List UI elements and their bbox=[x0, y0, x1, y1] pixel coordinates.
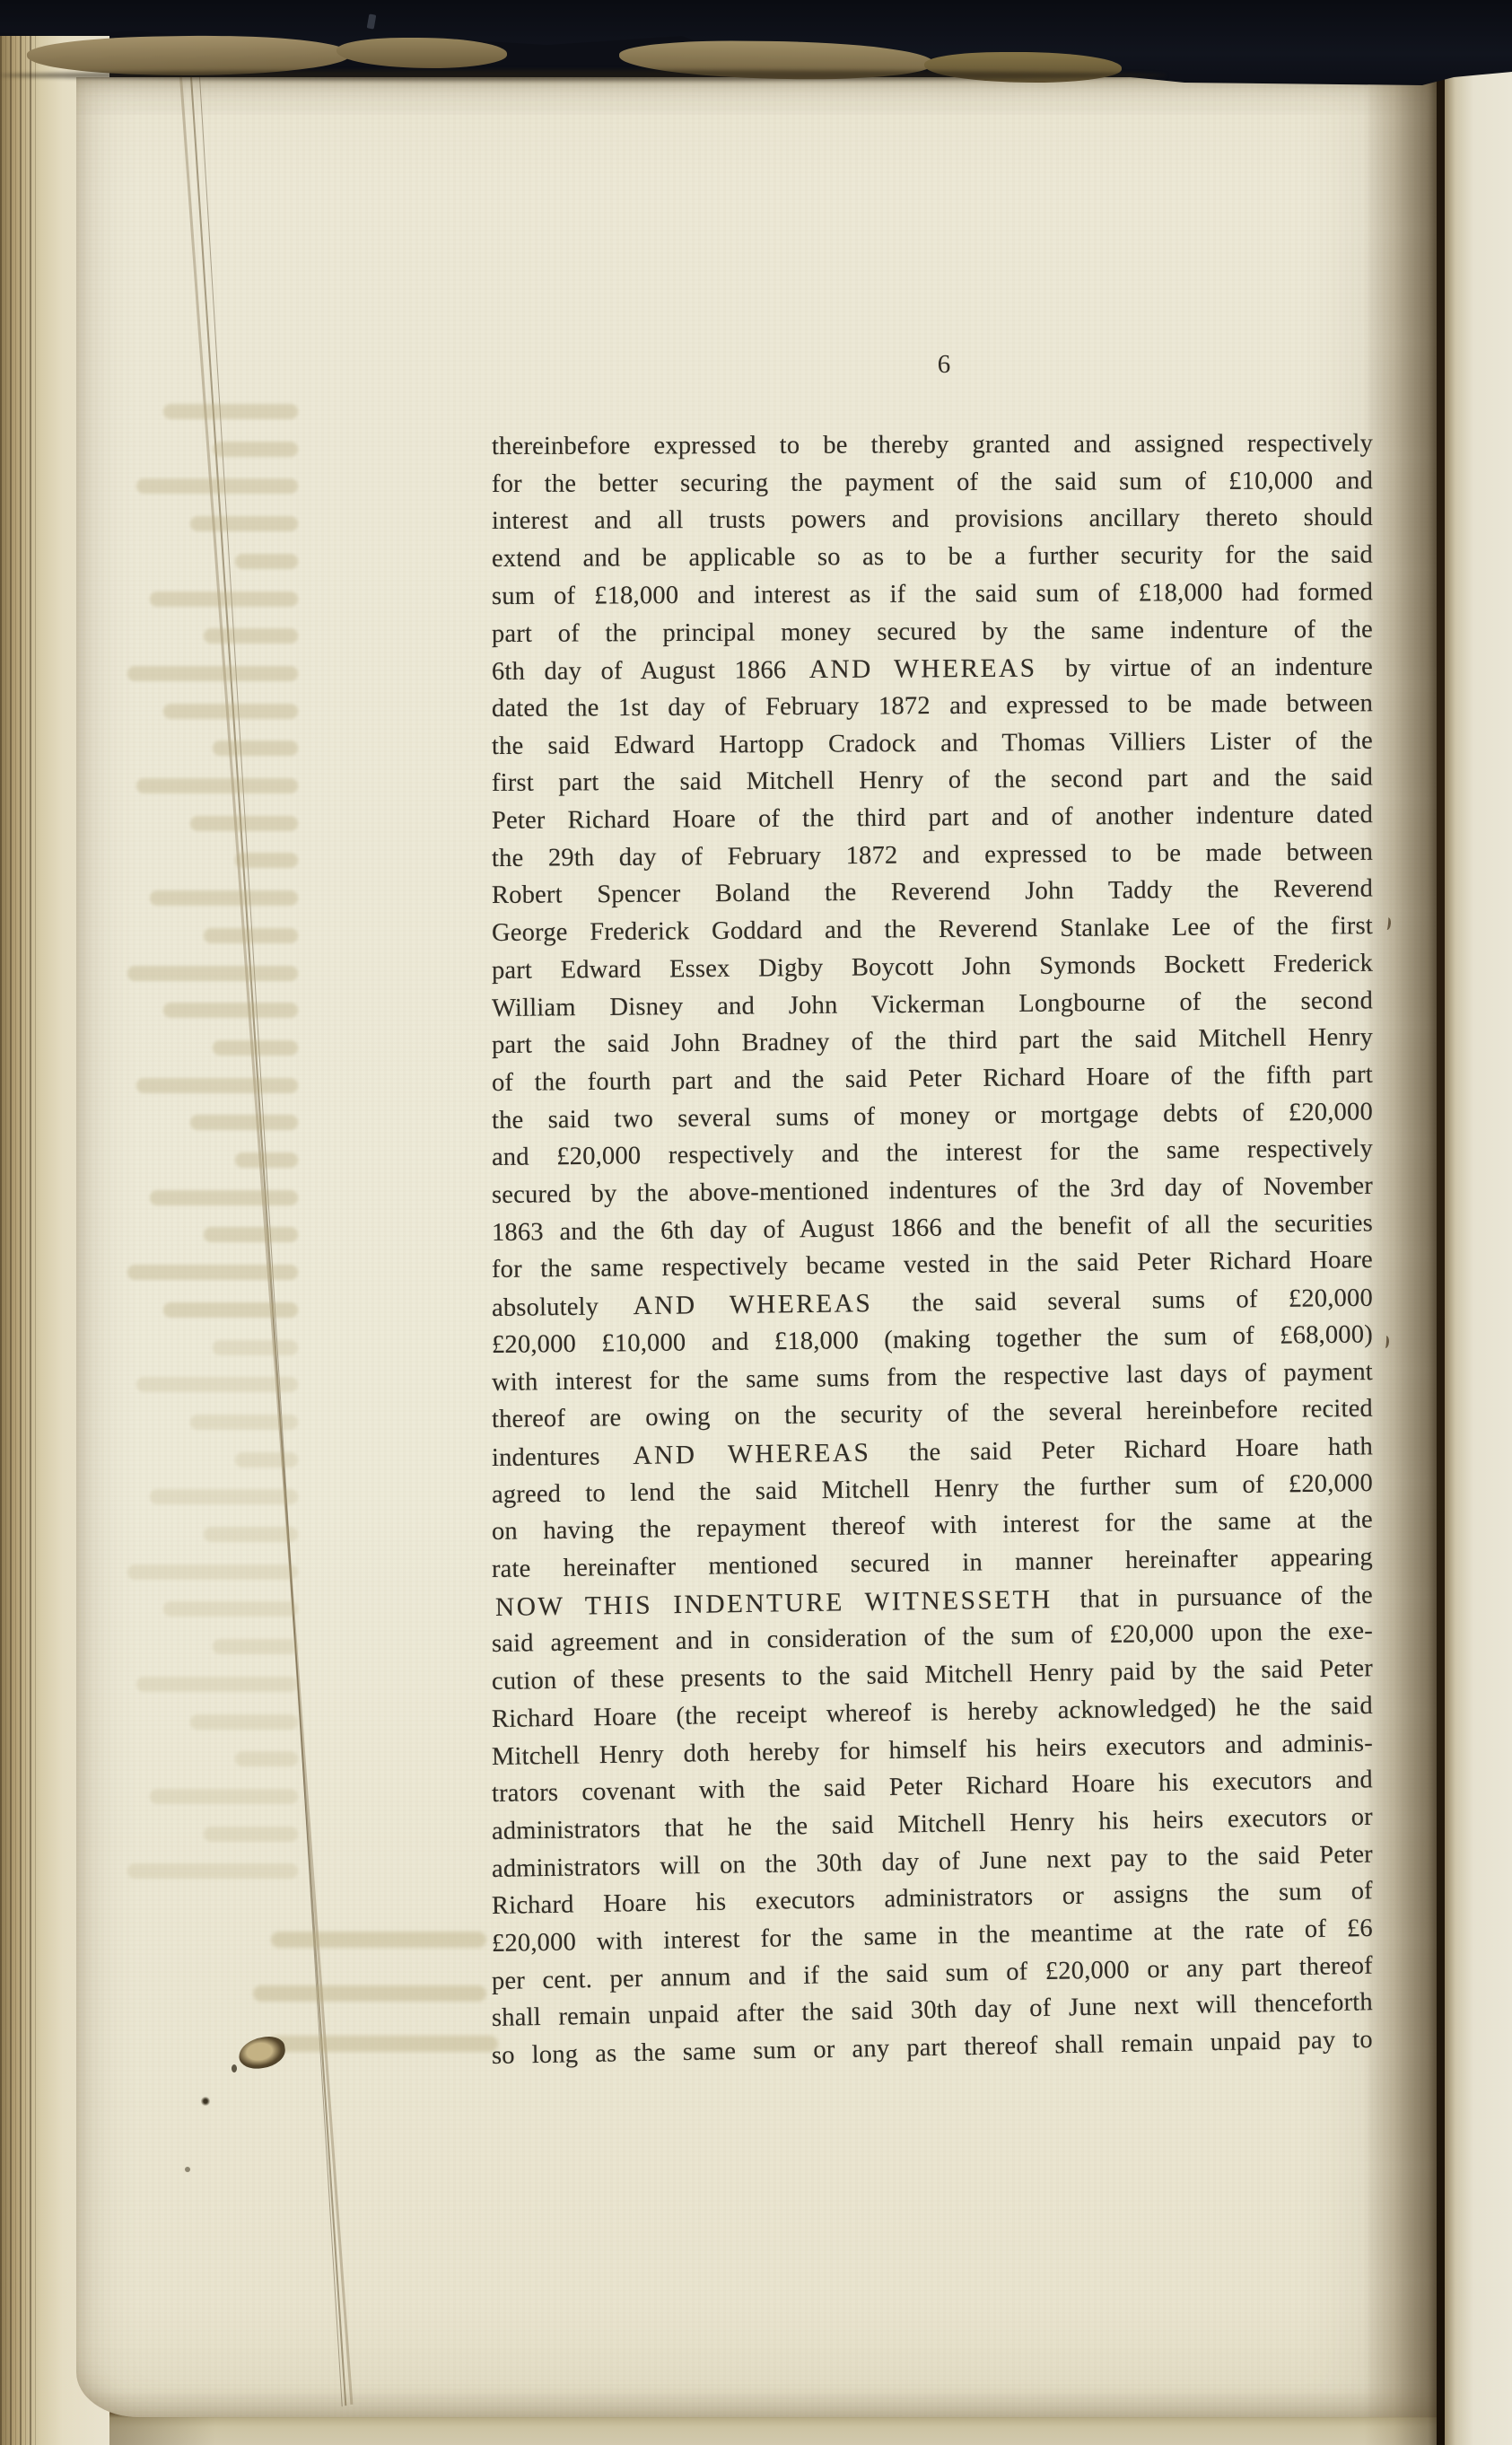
text-line: 6th day of August 1866 AND WHEREAS by vi… bbox=[492, 649, 1373, 689]
text-line: thereinbefore expressed to be thereby gr… bbox=[492, 426, 1373, 465]
text-line: first part the said Mitchell Henry of th… bbox=[492, 760, 1373, 802]
ghost-line bbox=[127, 1564, 298, 1580]
text-line: part the said John Bradney of the third … bbox=[492, 1020, 1373, 1064]
ghost-line bbox=[127, 666, 298, 681]
ghost-line bbox=[235, 554, 298, 569]
ghost-line bbox=[163, 1003, 298, 1018]
ghost-line bbox=[213, 442, 298, 457]
ghost-line bbox=[204, 628, 298, 644]
ghost-line bbox=[136, 1677, 298, 1692]
text-line: of the fourth part and the said Peter Ri… bbox=[492, 1057, 1373, 1101]
ghost-line bbox=[150, 1190, 298, 1205]
text-line: part Edward Essex Digby Boycott John Sym… bbox=[492, 946, 1373, 989]
book-photo: 6 thereinbefore expressed to be thereby … bbox=[0, 0, 1512, 2445]
ghost-line bbox=[127, 1265, 298, 1280]
text-line: the 29th day of February 1872 and expres… bbox=[492, 834, 1373, 876]
ghost-line bbox=[235, 853, 298, 868]
ghost-line bbox=[204, 1227, 298, 1242]
ghost-line bbox=[136, 478, 298, 494]
ink-speck bbox=[185, 2167, 190, 2172]
text-line: Peter Richard Hoare of the third part an… bbox=[492, 797, 1373, 839]
text-line: dated the 1st day of February 1872 and e… bbox=[492, 686, 1373, 727]
ghost-line bbox=[235, 1152, 298, 1168]
ghost-line bbox=[150, 890, 298, 906]
ghost-line bbox=[163, 1601, 298, 1617]
ghost-line bbox=[235, 1452, 298, 1468]
text-line: for the better securing the payment of t… bbox=[492, 463, 1373, 503]
text-line: Robert Spencer Boland the Reverend John … bbox=[492, 872, 1373, 915]
ghost-line bbox=[163, 404, 298, 419]
left-stack-striations bbox=[0, 36, 39, 2445]
text-line: part of the principal money secured by t… bbox=[492, 611, 1373, 652]
ghost-line bbox=[269, 2036, 498, 2052]
text-line: sum of £18,000 and interest as if the sa… bbox=[492, 574, 1373, 615]
text-line: extend and be applicable so as to be a f… bbox=[492, 538, 1373, 577]
ghost-line bbox=[235, 1751, 298, 1766]
ghost-line bbox=[190, 816, 298, 831]
ghost-line bbox=[190, 516, 298, 531]
ghost-line bbox=[136, 1377, 298, 1392]
worn-edge-blob bbox=[336, 38, 507, 68]
facing-page-edge bbox=[1443, 0, 1512, 2445]
ghost-line bbox=[127, 966, 298, 981]
gutter-shadow bbox=[1364, 72, 1439, 2445]
ghost-line bbox=[136, 778, 298, 793]
ghost-line bbox=[253, 1985, 486, 2002]
text-line: the said Edward Hartopp Cradock and Thom… bbox=[492, 723, 1373, 764]
ghost-line bbox=[213, 1340, 298, 1355]
text-line: George Frederick Goddard and the Reveren… bbox=[492, 908, 1373, 951]
ghost-line bbox=[190, 1115, 298, 1130]
ink-speck bbox=[201, 2097, 210, 2106]
ghost-line bbox=[150, 1489, 298, 1504]
text-block: thereinbefore expressed to be thereby gr… bbox=[492, 0, 1373, 2445]
ghost-text-column bbox=[117, 0, 305, 1975]
ghost-line bbox=[150, 1789, 298, 1804]
ghost-line bbox=[204, 1827, 298, 1842]
ghost-line bbox=[204, 928, 298, 943]
ghost-line bbox=[204, 1527, 298, 1542]
ghost-line bbox=[190, 1415, 298, 1430]
ghost-line bbox=[213, 1639, 298, 1654]
ghost-line bbox=[271, 1932, 486, 1948]
ghost-line bbox=[163, 1302, 298, 1318]
ghost-line bbox=[150, 592, 298, 607]
worn-edge-shadow bbox=[0, 70, 1167, 81]
ghost-line bbox=[213, 1040, 298, 1056]
ghost-line bbox=[127, 1863, 298, 1879]
text-line: interest and all trusts powers and provi… bbox=[492, 500, 1373, 539]
ghost-line bbox=[163, 704, 298, 719]
gutter-line bbox=[1437, 70, 1445, 2445]
ghost-line bbox=[213, 741, 298, 756]
ink-speck bbox=[232, 2064, 237, 2073]
text-line: William Disney and John Vickerman Longbo… bbox=[492, 983, 1373, 1027]
ghost-line bbox=[190, 1714, 298, 1730]
ghost-line bbox=[136, 1078, 298, 1093]
